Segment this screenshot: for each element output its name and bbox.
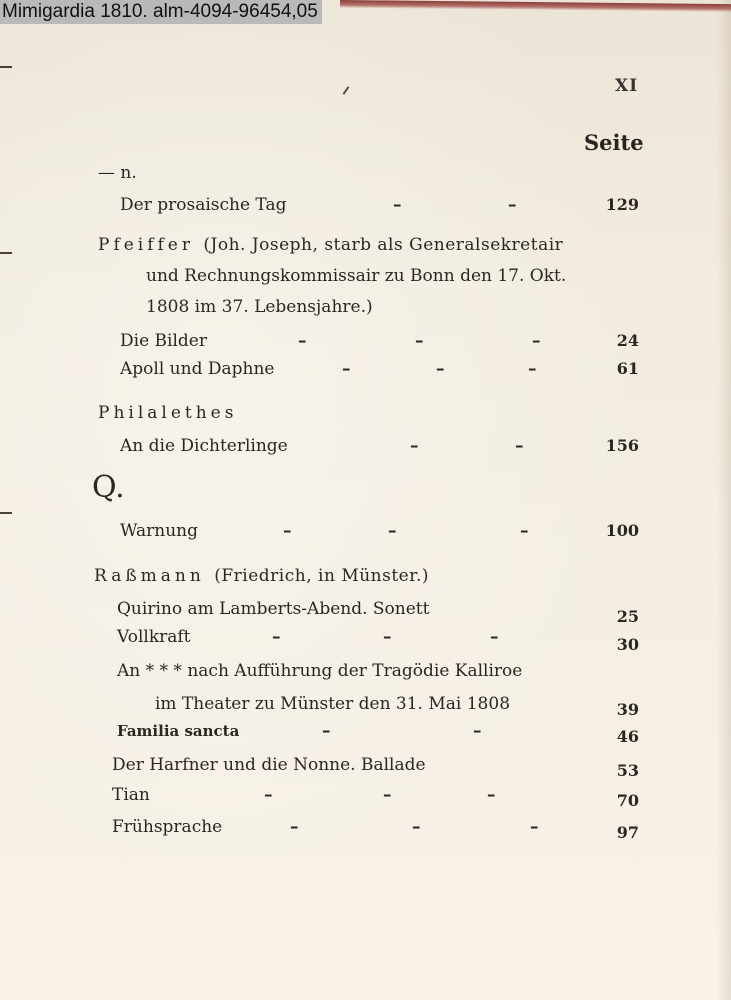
leader-dash: – xyxy=(298,328,307,354)
entry-page: 61 xyxy=(617,356,639,382)
entry-title: Familia sancta xyxy=(117,718,239,744)
author-name: Raßmann xyxy=(94,566,205,586)
leader-dash: – xyxy=(322,718,331,744)
toc-entry[interactable]: Quirino am Lamberts-Abend. Sonett 25 xyxy=(0,596,731,622)
leader-dash: – xyxy=(264,782,273,808)
toc-entry[interactable]: Frühsprache – – – 97 xyxy=(0,814,731,840)
leader-dash: – xyxy=(436,356,445,382)
entry-page: 156 xyxy=(606,433,639,459)
entry-title: Frühsprache xyxy=(112,814,222,840)
leader-dash: – xyxy=(532,328,541,354)
leader-dash: – xyxy=(473,718,482,744)
entry-title: Der Harfner und die Nonne. Ballade xyxy=(112,752,426,778)
entry-page: 129 xyxy=(606,192,639,218)
toc-entry[interactable]: Die Bilder – – – 24 xyxy=(0,328,731,354)
entry-title: Warnung xyxy=(120,518,198,544)
leader-dash: – xyxy=(290,814,299,840)
leader-dash: – xyxy=(342,356,351,382)
leader-dash: – xyxy=(283,518,292,544)
entry-page: 30 xyxy=(617,632,639,658)
entry-page: 46 xyxy=(617,724,639,750)
alphabet-section-letter: Q. xyxy=(92,470,125,506)
entry-page: 70 xyxy=(617,788,639,814)
book-page: Mimigardia 1810. alm-4094-96454,05 XI Se… xyxy=(0,0,731,1000)
entry-title: Die Bilder xyxy=(120,328,207,354)
toc-entry[interactable]: Tian – – – 70 xyxy=(0,782,731,808)
leader-dash: – xyxy=(528,356,537,382)
entry-title-line2: im Theater zu Münster den 31. Mai 1808 xyxy=(155,691,510,717)
leader-dash: – xyxy=(388,518,397,544)
author-note: 1808 im 37. Lebensjahre.) xyxy=(146,294,373,320)
toc-author: Philalethes xyxy=(0,400,731,426)
entry-title: Apoll und Daphne xyxy=(120,356,274,382)
image-caption: Mimigardia 1810. alm-4094-96454,05 xyxy=(0,0,322,24)
leader-dash: – xyxy=(515,433,524,459)
leader-dash: – xyxy=(530,814,539,840)
page-top-edge xyxy=(340,0,731,12)
toc-entry[interactable]: Warnung – – – 100 xyxy=(0,518,731,544)
page-number: XI xyxy=(615,76,638,96)
author-note: (Friedrich, in Münster.) xyxy=(214,566,429,586)
entry-page: 97 xyxy=(617,820,639,846)
leader-dash: – xyxy=(415,328,424,354)
author-name: Philalethes xyxy=(98,400,237,426)
page-column-label: Seite xyxy=(584,130,644,155)
toc-entry[interactable]: Der prosaische Tag – – 129 xyxy=(0,192,731,218)
leader-dash: – xyxy=(272,624,281,650)
entry-title: Quirino am Lamberts-Abend. Sonett xyxy=(117,596,429,622)
leader-dash: – xyxy=(410,433,419,459)
leader-dash: – xyxy=(383,782,392,808)
entry-page: 24 xyxy=(617,328,639,354)
toc-author: Pfeiffer (Joh. Joseph, starb als General… xyxy=(0,232,731,258)
entry-page: 53 xyxy=(617,758,639,784)
toc-author-continuation: — n. xyxy=(0,160,731,186)
leader-dash: – xyxy=(487,782,496,808)
entry-title: Tian xyxy=(112,782,150,808)
toc-entry[interactable]: Der Harfner und die Nonne. Ballade 53 xyxy=(0,752,731,778)
toc-entry[interactable]: Apoll und Daphne – – – 61 xyxy=(0,356,731,382)
margin-mark xyxy=(0,512,12,514)
entry-title: An * * * nach Aufführung der Tragödie Ka… xyxy=(117,658,522,684)
author-note: und Rechnungskommissair zu Bonn den 17. … xyxy=(146,263,566,289)
toc-entry-continuation[interactable]: im Theater zu Münster den 31. Mai 1808 3… xyxy=(0,691,731,717)
author-name: — n. xyxy=(98,160,137,186)
entry-title: An die Dichterlinge xyxy=(120,433,288,459)
margin-mark xyxy=(0,66,12,68)
toc-author-note-line: und Rechnungskommissair zu Bonn den 17. … xyxy=(0,263,731,289)
leader-dash: – xyxy=(393,192,402,218)
author-name: Pfeiffer xyxy=(98,235,194,255)
author-note: (Joh. Joseph, starb als Generalsekretair xyxy=(203,235,563,255)
toc-entry[interactable]: An die Dichterlinge – – 156 xyxy=(0,433,731,459)
paper-speck xyxy=(343,86,350,95)
toc-author-note-line: 1808 im 37. Lebensjahre.) xyxy=(0,294,731,320)
leader-dash: – xyxy=(508,192,517,218)
leader-dash: – xyxy=(490,624,499,650)
entry-title: Der prosaische Tag xyxy=(120,192,286,218)
entry-title: Vollkraft xyxy=(117,624,191,650)
page-right-edge-shadow xyxy=(717,0,731,1000)
entry-page: 100 xyxy=(606,518,639,544)
toc-entry[interactable]: Familia sancta – – 46 xyxy=(0,718,731,744)
leader-dash: – xyxy=(383,624,392,650)
leader-dash: – xyxy=(520,518,529,544)
toc-author: Raßmann (Friedrich, in Münster.) xyxy=(0,563,731,589)
toc-entry[interactable]: An * * * nach Aufführung der Tragödie Ka… xyxy=(0,658,731,684)
toc-entry[interactable]: Vollkraft – – – 30 xyxy=(0,624,731,650)
leader-dash: – xyxy=(412,814,421,840)
